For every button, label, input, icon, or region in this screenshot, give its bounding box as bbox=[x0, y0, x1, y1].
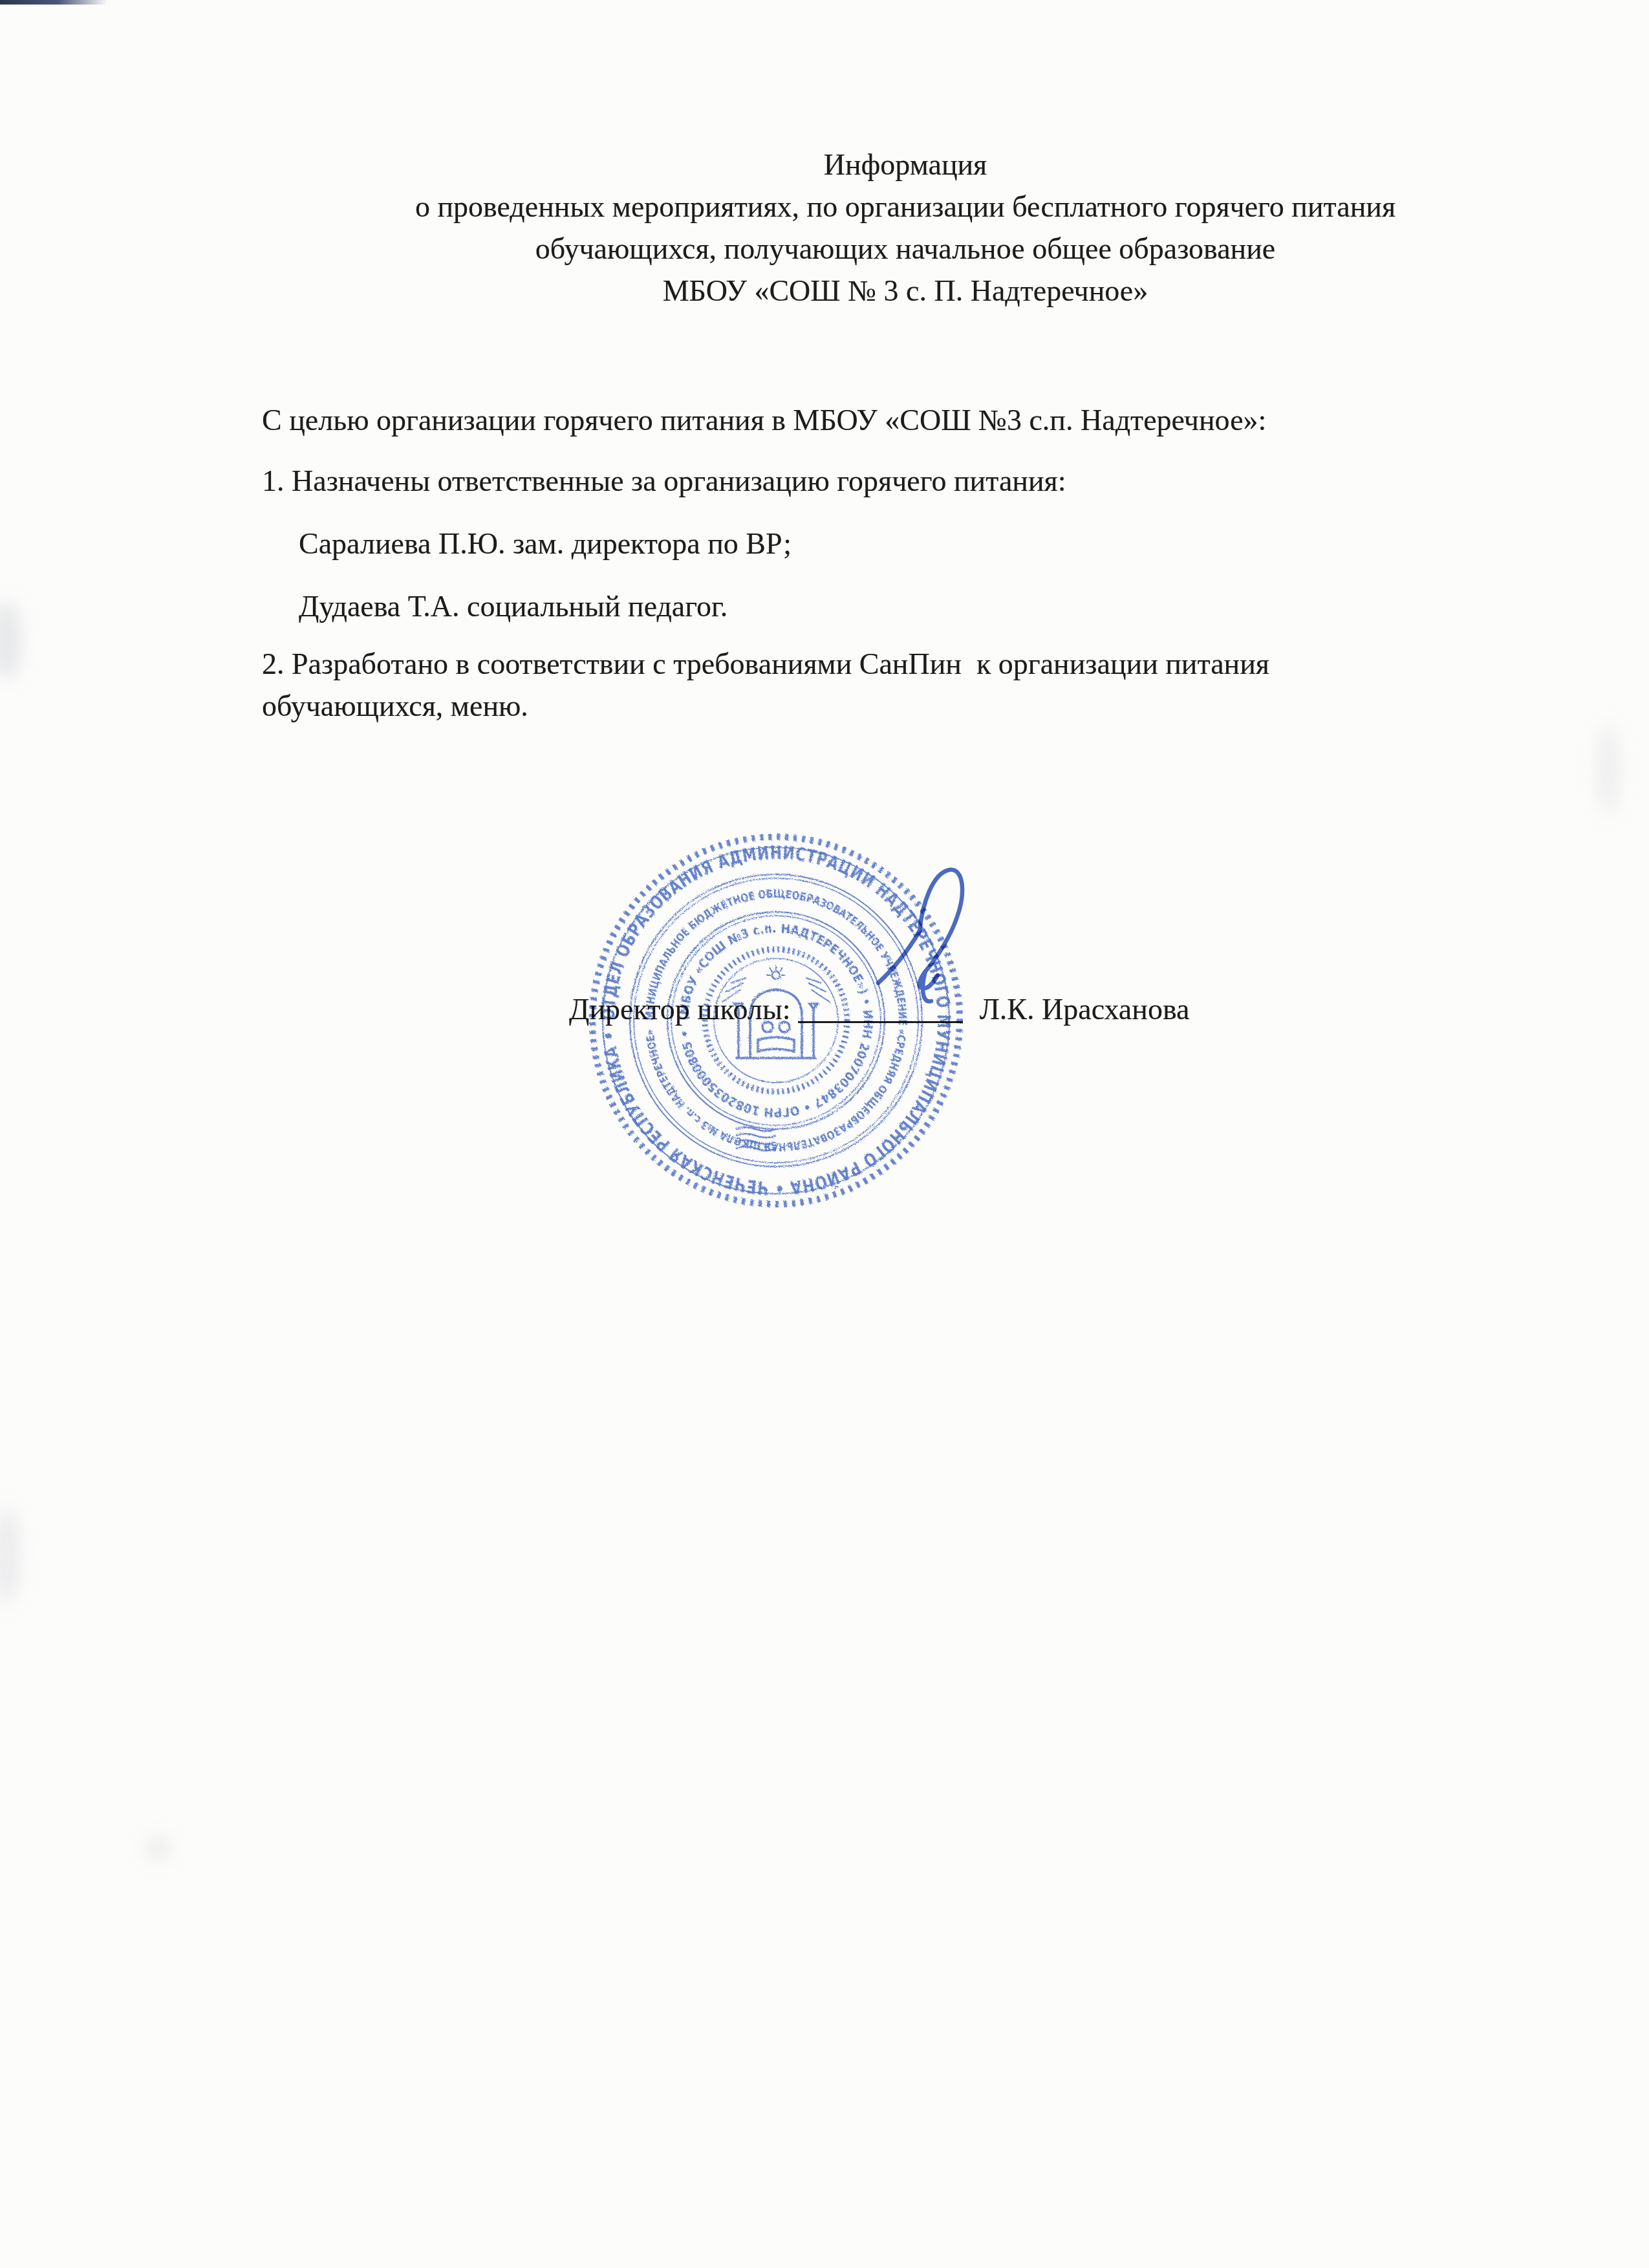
tower-book-emblem bbox=[722, 965, 830, 1058]
scanned-document-page: Информация о проведенных мероприятиях, п… bbox=[0, 0, 1649, 2268]
paragraph-item-2-line-1: 2. Разработано в соответствии с требован… bbox=[262, 643, 1269, 685]
document-title: Информация о проведенных мероприятиях, п… bbox=[262, 144, 1549, 312]
paragraph-item-2-line-2: обучающихся, меню. bbox=[262, 685, 528, 727]
title-line-1: Информация bbox=[262, 144, 1549, 186]
handwritten-signature bbox=[860, 854, 1028, 1022]
title-line-2: о проведенных мероприятиях, по организац… bbox=[262, 186, 1549, 228]
scan-smudge bbox=[1597, 724, 1619, 815]
paragraph-item-1: 1. Назначены ответственные за организаци… bbox=[262, 460, 1066, 502]
paragraph-intro: С целью организации горячего питания в М… bbox=[262, 399, 1266, 441]
scan-smudge bbox=[0, 1507, 19, 1604]
title-line-3: обучающихся, получающих начальное общее … bbox=[262, 228, 1549, 270]
paragraph-responsible-2: Дудаева Т.А. социальный педагог. bbox=[299, 585, 727, 627]
paragraph-responsible-1: Саралиева П.Ю. зам. директора по ВР; bbox=[299, 523, 792, 565]
scan-smudge bbox=[146, 1837, 169, 1860]
scan-smudge bbox=[0, 601, 21, 679]
scan-edge-artifact bbox=[0, 0, 107, 5]
title-line-4: МБОУ «СОШ № 3 с. П. Надтеречное» bbox=[262, 270, 1549, 312]
